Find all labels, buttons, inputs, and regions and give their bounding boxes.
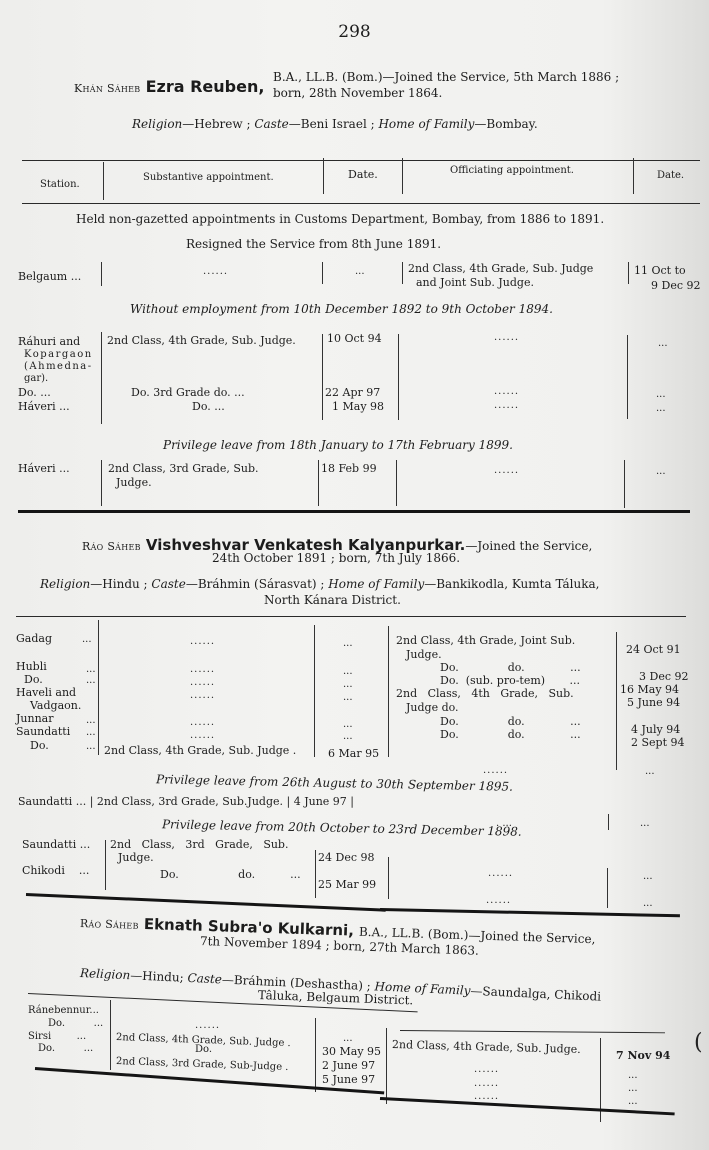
station-cell: Saundatti <box>16 725 70 738</box>
officiating-cell: ...... <box>483 765 508 776</box>
col-divider <box>608 814 609 830</box>
col-divider <box>318 460 319 506</box>
officiating-cell: Do. do. ... <box>440 715 581 728</box>
col-divider <box>607 868 608 908</box>
substantive-cell: ...... <box>190 717 215 728</box>
substantive-cell: Do. do. ... <box>160 868 301 881</box>
binding-bracket-mark: ( <box>694 1030 703 1055</box>
col-divider <box>628 262 629 284</box>
officiating-cell-cont: Judge. <box>406 648 442 661</box>
entry-2-religion-line: Religion—Hindu ; Caste—Bráhmin (Sárasvat… <box>40 577 599 591</box>
header-date2: Date. <box>657 170 684 181</box>
entry-1-note-without-employment: Without employment from 10th December 18… <box>130 302 553 316</box>
officiating-cell: ...... <box>474 1078 499 1089</box>
header-divider <box>103 162 104 200</box>
page-number: 298 <box>0 22 709 42</box>
officiating-cell: Do. do. ... <box>440 661 581 674</box>
officiating-cell: ...... <box>486 895 511 906</box>
officiating-cell: ...... <box>494 332 519 343</box>
religion-value: —Hebrew ; <box>182 117 254 131</box>
substantive-cell: ...... <box>190 730 215 741</box>
leader-dots: ... <box>82 634 92 645</box>
officiating-cell: ...... <box>488 868 513 879</box>
entry-2-home-cont: North Kánara District. <box>264 593 401 607</box>
entry-2-bottom-rule <box>26 893 386 912</box>
station-cell: Do. ... <box>48 1018 103 1029</box>
officiating-cell: 2nd Class, 4th Grade, Sub. <box>396 687 574 700</box>
entry-2-note-leave-1898: Privilege leave from 20th October to 23r… <box>162 817 522 839</box>
entry-2-line2: 24th October 1891 ; born, 7th July 1866. <box>212 551 460 565</box>
col-divider <box>388 626 389 757</box>
substantive-cell: 2nd Class, 3rd Grade, Sub-Judge . <box>116 1056 289 1073</box>
station-cell-cont: gar). <box>24 373 48 384</box>
substantive-cell: ...... <box>190 664 215 675</box>
station-cell: Junnar <box>16 712 53 725</box>
col-divider <box>315 850 316 898</box>
entry-1-note-resigned: Resigned the Service from 8th June 1891. <box>186 237 441 251</box>
header-substantive: Substantive appointment. <box>143 172 274 183</box>
date1-cell: 2 June 97 <box>322 1059 375 1072</box>
col-divider <box>616 632 617 770</box>
table-header-bottom-rule <box>22 203 700 204</box>
col-divider <box>105 840 106 890</box>
col-divider <box>314 625 315 757</box>
date2-cell: ... <box>628 1070 638 1081</box>
col-divider <box>627 335 628 419</box>
date2-cell: 11 Oct to <box>634 264 686 277</box>
entry-1-bottom-rule <box>18 510 690 513</box>
entry-2-top-rule <box>16 616 686 617</box>
date1-cell: 6 Mar 95 <box>328 747 379 760</box>
substantive-cell: 2nd Class, 4th Grade, Sub. Judge. <box>107 334 296 347</box>
leader-dots: ... <box>86 664 96 675</box>
date1-cell: 4 June 97 <box>294 795 347 808</box>
date1-cell: 24 Dec 98 <box>318 851 374 864</box>
religion-value: —Hindu; <box>130 968 188 985</box>
col-divider <box>101 460 102 506</box>
home-value: —Bankikodla, Kumta Táluka, <box>424 577 599 591</box>
date1-cell: 1 May 98 <box>332 400 384 413</box>
entry-1-line2: born, 28th November 1864. <box>273 86 442 100</box>
col-divider <box>315 1018 316 1092</box>
religion-label: Religion <box>132 117 182 131</box>
station-cell: Do. ... <box>18 386 51 399</box>
home-label: Home of Family <box>378 117 474 131</box>
substantive-cell-cont: Judge. <box>116 476 152 489</box>
col-divider <box>322 262 323 284</box>
substantive-cell: 2nd Class, 3rd Grade, Sub. <box>110 838 288 851</box>
religion-value: —Hindu ; <box>90 577 151 591</box>
date2-cell: ... <box>643 871 653 882</box>
officiating-cell: 2nd Class, 4th Grade, Sub. Judge <box>408 262 593 275</box>
station-cell: Háveri ... <box>18 462 70 475</box>
col-divider <box>386 1028 387 1104</box>
col-divider <box>388 857 389 899</box>
substantive-cell: ...... <box>190 677 215 688</box>
date2-cell: 4 July 94 <box>631 723 680 736</box>
station-cell: Ránebennur... <box>28 1005 99 1016</box>
date1-cell: 5 June 97 <box>322 1073 375 1086</box>
date2-cell: 3 Dec 92 <box>639 670 688 683</box>
substantive-cell: Do. <box>195 1044 212 1055</box>
substantive-cell: 2nd Class, 3rd Grade, Sub. <box>108 462 259 475</box>
col-divider <box>396 460 397 506</box>
header-date1: Date. <box>348 168 378 181</box>
date1-cell: ... <box>355 266 365 277</box>
home-value: —Bombay. <box>474 117 537 131</box>
date2-cell: 16 May 94 <box>620 683 679 696</box>
station-cell: Ráhuri and <box>18 335 80 348</box>
religion-label: Religion <box>40 577 90 591</box>
substantive-cell: 2nd Class, 3rd Grade, Sub.Judge. <box>97 795 283 808</box>
entry-3-title: Ráo Sáheb <box>80 917 139 932</box>
religion-label: Religion <box>80 966 131 982</box>
officiating-cell-cont: and Joint Sub. Judge. <box>416 276 534 289</box>
col-divider <box>101 262 102 286</box>
substantive-cell: ...... <box>195 1020 220 1031</box>
caste-value: —Bráhmin (Sárasvat) ; <box>186 577 328 591</box>
entry-2-line1: —Joined the Service, <box>465 539 592 553</box>
entry-1-heading: Khán Sáheb Ezra Reuben, <box>74 77 264 96</box>
substantive-cell-cont: Judge. <box>118 851 154 864</box>
date2-cell: ... <box>656 403 666 414</box>
home-value: —Saundalga, Chikodi <box>470 984 601 1004</box>
entry-1-note-customs: Held non-gazetted appointments in Custom… <box>76 212 604 226</box>
date2-cell: ... <box>658 338 668 349</box>
col-divider <box>398 334 399 420</box>
station-cell-cont: Vadgaon. <box>30 699 81 712</box>
col-divider <box>322 334 323 420</box>
header-station: Station. <box>40 179 80 190</box>
officiating-cell: Do. do. ... <box>440 728 581 741</box>
header-divider <box>402 158 403 194</box>
officiating-cell: 2nd Class, 4th Grade, Sub. Judge. <box>392 1038 581 1056</box>
station-cell: Do. <box>24 673 43 686</box>
date1-cell: ... <box>343 692 353 703</box>
header-divider <box>323 158 324 194</box>
officiating-cell-cont: Judge do. <box>406 701 459 714</box>
substantive-cell: ...... <box>190 636 215 647</box>
date2-cell: ... <box>643 898 653 909</box>
officiating-cell: Do. (sub. pro-tem) ... <box>440 674 580 687</box>
date2-cell: 7 Nov 94 <box>616 1049 670 1062</box>
header-divider <box>633 158 634 194</box>
station-cell: Belgaum ... <box>18 270 81 283</box>
station-cell: Chikodi ... <box>22 864 89 877</box>
date1-cell: ... <box>343 638 353 649</box>
entry-1-line1: B.A., LL.B. (Bom.)—Joined the Service, 5… <box>273 70 619 84</box>
station-cell-cont: Kopargaon <box>24 349 93 360</box>
date2-cell: ... <box>656 389 666 400</box>
home-label: Home of Family <box>328 577 424 591</box>
header-officiating: Officiating appointment. <box>450 165 574 176</box>
station-cell: Háveri ... <box>18 400 70 413</box>
col-divider <box>98 620 99 755</box>
entry-2-title: Ráo Sáheb <box>82 540 141 553</box>
station-cell: Hubli <box>16 660 47 673</box>
date1-cell: ... <box>343 666 353 677</box>
officiating-cell: ...... <box>474 1091 499 1102</box>
date1-cell: 30 May 95 <box>322 1045 381 1058</box>
col-divider <box>101 332 102 424</box>
col-divider <box>624 460 625 508</box>
leader-dots: ... <box>86 741 96 752</box>
entry-1-religion-line: Religion—Hebrew ; Caste—Beni Israel ; Ho… <box>132 117 538 131</box>
date2-cell: ... <box>645 766 655 777</box>
table-header-top-rule <box>22 160 700 161</box>
substantive-cell: ...... <box>203 266 228 277</box>
date1-cell: 25 Mar 99 <box>318 878 376 891</box>
date1-cell: ... <box>343 731 353 742</box>
caste-label: Caste <box>187 971 222 987</box>
leader-dots: ... <box>86 727 96 738</box>
substantive-cell: ...... <box>190 690 215 701</box>
caste-value: —Beni Israel ; <box>289 117 379 131</box>
officiating-cell: ...... <box>494 400 519 411</box>
date1-cell: ... <box>343 719 353 730</box>
entry-2-bottom-rule-right <box>380 908 680 917</box>
entry-1-name: Ezra Reuben, <box>146 77 265 96</box>
date2-cell: ... <box>628 1083 638 1094</box>
col-divider <box>110 1000 111 1070</box>
date1-cell: 22 Apr 97 <box>325 386 380 399</box>
date2-cell: 2 Sept 94 <box>631 736 685 749</box>
entry-2-saundatti-1897-row: Saundatti ... | 2nd Class, 3rd Grade, Su… <box>18 795 354 808</box>
date1-cell: 10 Oct 94 <box>327 332 382 345</box>
station-cell: Do. ... <box>38 1043 93 1054</box>
substantive-cell: Do. ... <box>192 400 225 413</box>
entry-1-note-privilege-leave: Privilege leave from 18th January to 17t… <box>163 438 513 452</box>
date1-cell: ... <box>343 1033 353 1044</box>
date2-cell-cont: 9 Dec 92 <box>651 279 700 292</box>
date1-cell: 18 Feb 99 <box>321 462 377 475</box>
officiating-cell: ...... <box>474 1064 499 1075</box>
station-cell: Saundatti ... <box>18 795 86 808</box>
officiating-cell: ...... <box>494 465 519 476</box>
date2-cell: 5 June 94 <box>627 696 680 709</box>
station-cell: Do. <box>30 739 49 752</box>
station-cell-cont: (Ahmedna- <box>24 361 93 372</box>
officiating-cell: ...... <box>494 386 519 397</box>
station-cell: Sirsi ... <box>28 1031 86 1042</box>
date2-cell: ... <box>640 818 650 829</box>
station-cell: Saundatti ... <box>22 838 90 851</box>
entry-1-title: Khán Sáheb <box>74 82 140 95</box>
date1-cell: ... <box>343 679 353 690</box>
substantive-cell: 2nd Class, 4th Grade, Sub. Judge . <box>104 744 296 757</box>
leader-dots: ... <box>86 675 96 686</box>
caste-label: Caste <box>151 577 185 591</box>
date2-cell: ... <box>628 1096 638 1107</box>
entry-2-note-leave-1895: Privilege leave from 26th August to 30th… <box>156 772 513 793</box>
caste-label: Caste <box>254 117 288 131</box>
document-page: 298 Khán Sáheb Ezra Reuben, B.A., LL.B. … <box>0 0 709 1150</box>
date2-cell: 24 Oct 91 <box>626 643 681 656</box>
leader-dots: ... <box>86 715 96 726</box>
col-divider <box>402 262 403 284</box>
substantive-cell: Do. 3rd Grade do. ... <box>131 386 245 399</box>
date2-cell: ... <box>656 466 666 477</box>
station-cell: Gadag <box>16 632 52 645</box>
officiating-cell: 2nd Class, 4th Grade, Joint Sub. <box>396 634 575 647</box>
station-cell: Haveli and <box>16 686 76 699</box>
entry-3-top-rule-right <box>400 1030 665 1033</box>
